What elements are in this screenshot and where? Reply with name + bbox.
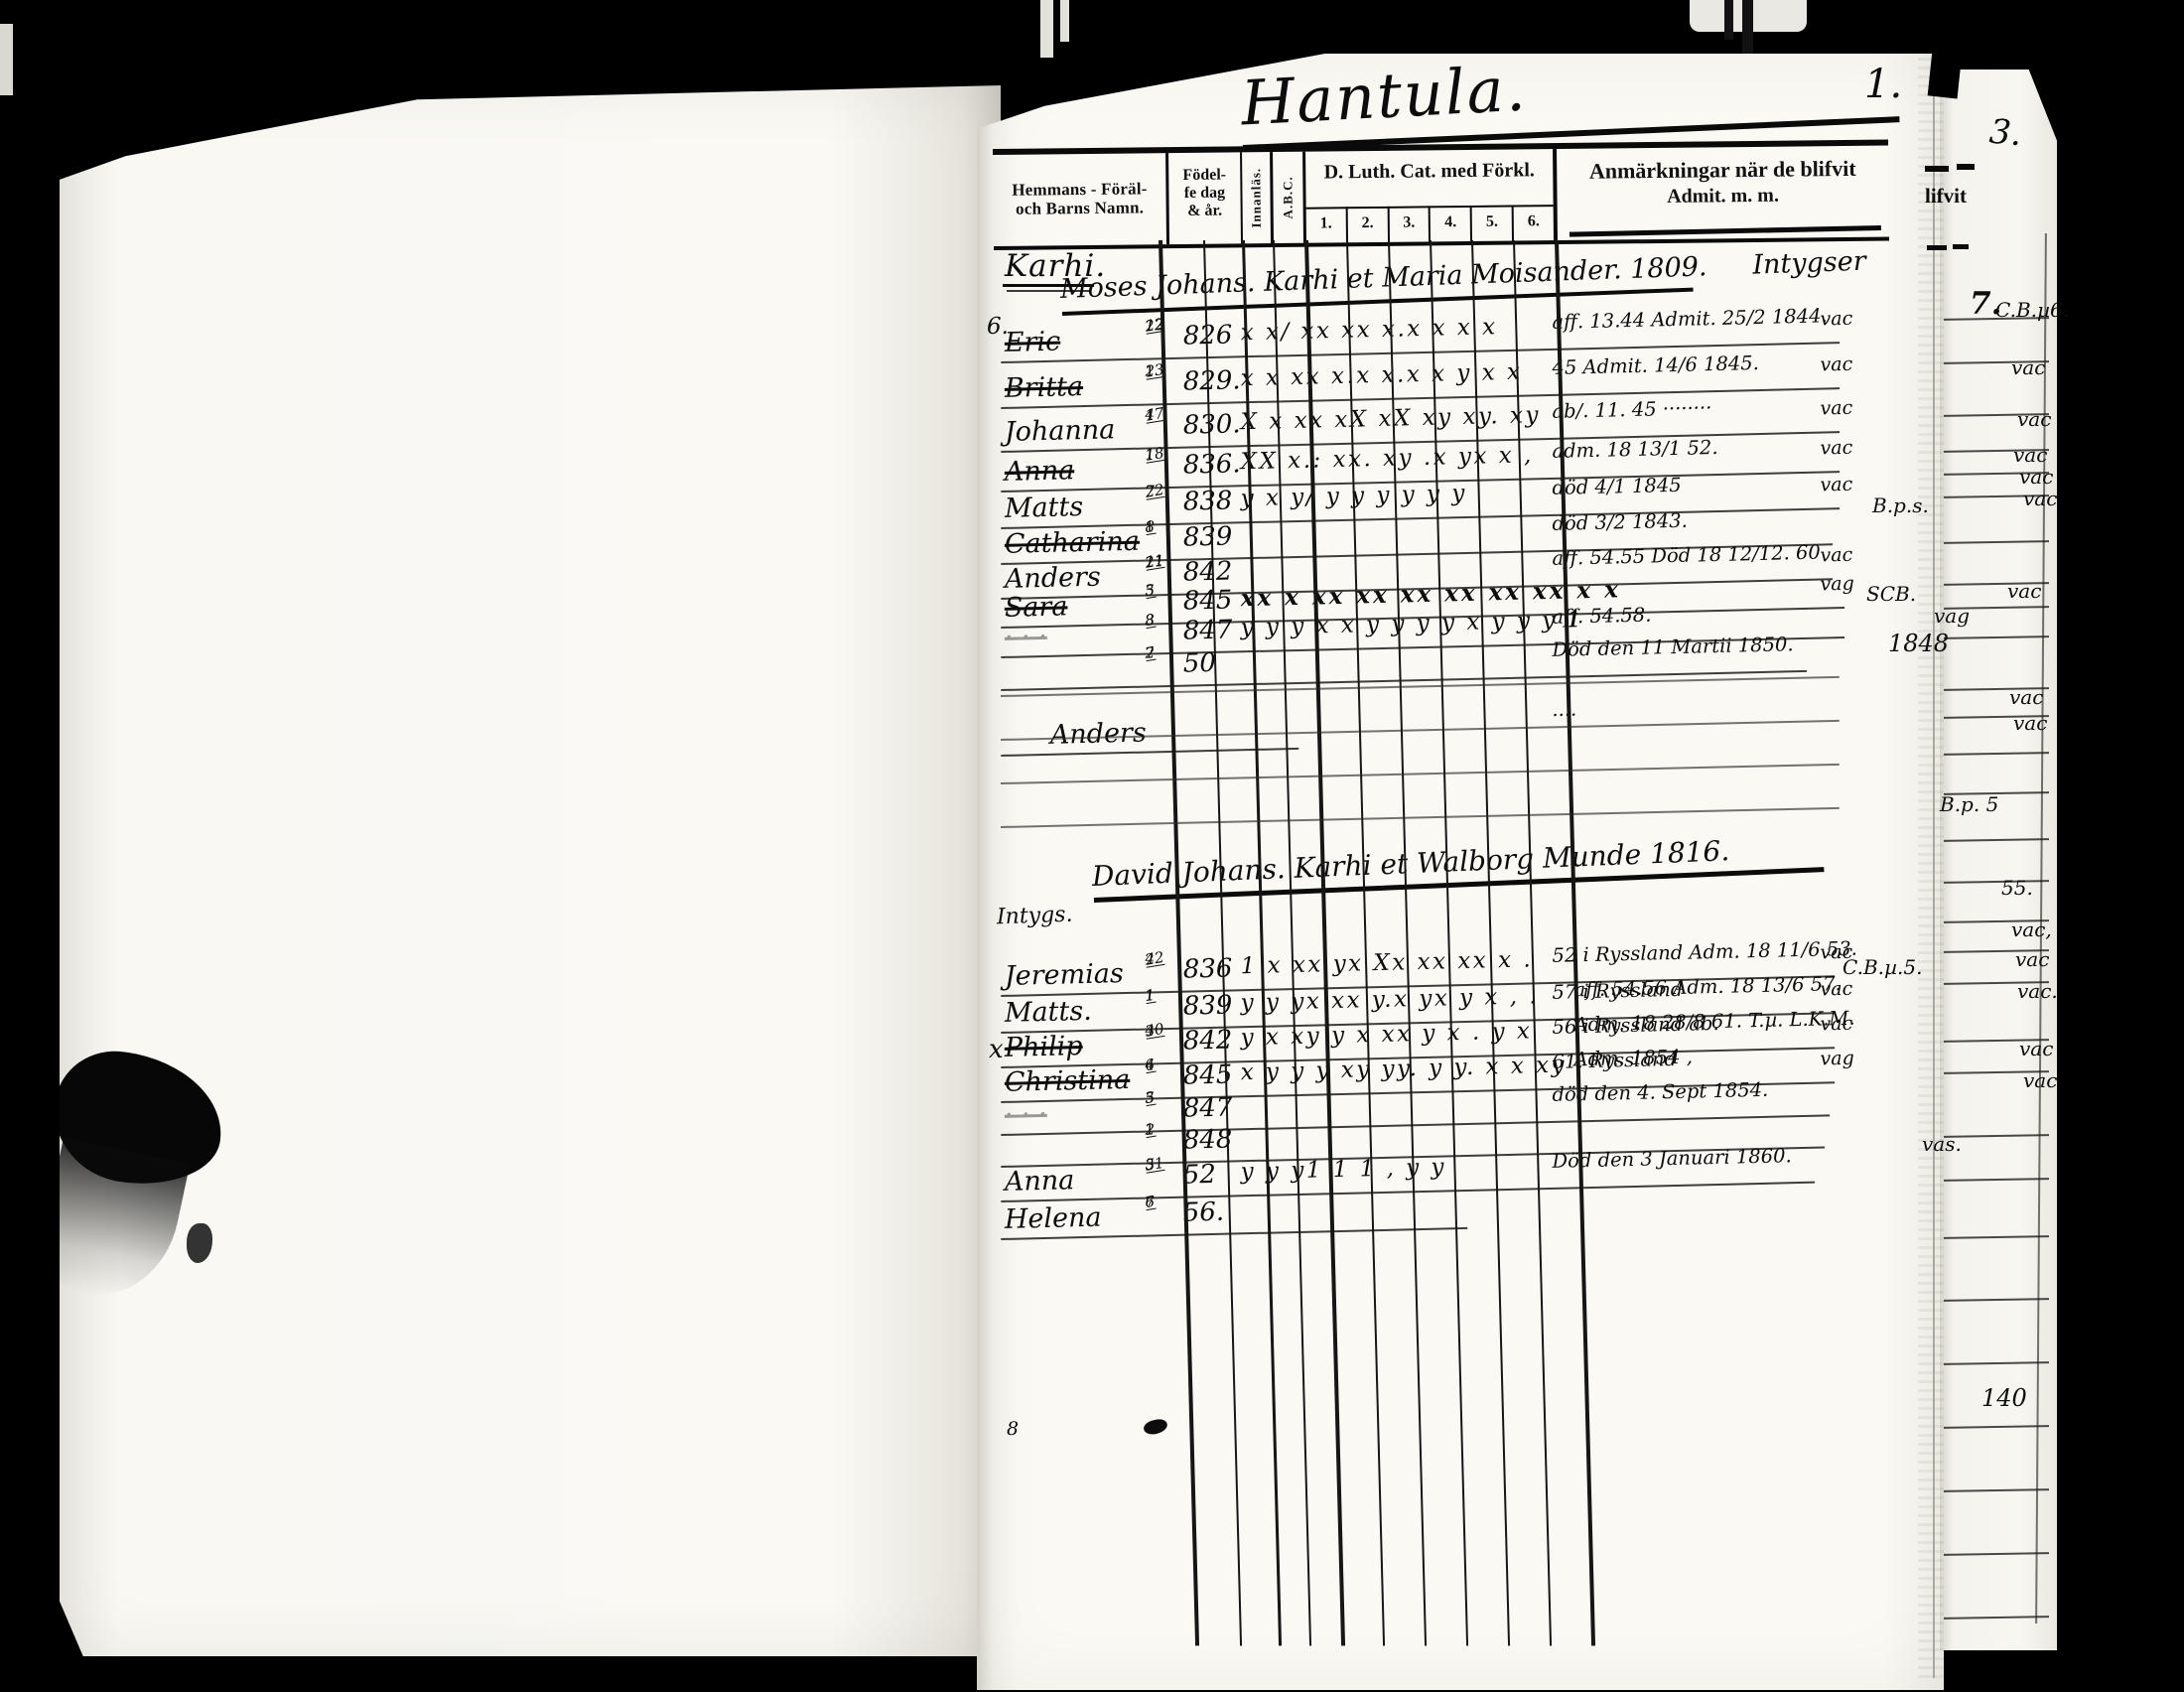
page-edge-sliver: [0, 24, 13, 95]
margin-annotation: vac.: [2017, 979, 2058, 1003]
row-rule: [1001, 807, 1840, 828]
attendance-marks: x x/ xx xx x.x x x x: [1240, 312, 1574, 346]
left-blank-page: [60, 85, 1001, 1656]
header-dash: [1927, 245, 1947, 250]
col-abc-header: A.B.C.: [1270, 152, 1303, 243]
attendance-marks: [1240, 705, 1573, 713]
person-name: Matts.: [1005, 996, 1093, 1029]
remark-note: ab/. 11. 45 ········: [1552, 399, 1583, 440]
remark-note: 45 Admit. 14/6 1845.: [1552, 355, 1583, 396]
header-dash: [1953, 244, 1969, 249]
vaccination-note: vac: [1820, 978, 1852, 1001]
vaccination-note: vag: [1820, 1048, 1854, 1070]
row-rule: [1001, 764, 1840, 784]
person-name: Philip: [1005, 1031, 1083, 1063]
birth-year: 845: [1182, 586, 1232, 617]
record-row: Anders····: [1001, 700, 1905, 763]
gutter-notch: [1928, 51, 1963, 99]
person-name: · · ·: [1005, 1099, 1048, 1131]
col-catechism-header: D. Luth. Cat. med Förkl. 1.2. 3.4. 5.6.: [1302, 149, 1554, 243]
margin-annotation: vas.: [1922, 1132, 1962, 1156]
ink-blot: [187, 1223, 212, 1263]
col-reading-header: Innanläs.: [1240, 152, 1271, 243]
margin-annotation: vac: [2019, 465, 2053, 489]
family2-intro: Intygs.: [997, 903, 1073, 930]
margin-annotation: C.B.µ6.: [1995, 298, 2069, 322]
col-names-header: Hemmans - Föräl-och Barns Namn.: [993, 153, 1166, 246]
person-name: Anders: [1005, 562, 1102, 595]
person-name: Britta: [1005, 371, 1084, 404]
birth-year: 52: [1182, 1160, 1216, 1191]
margin-annotation: 140: [1981, 1384, 2027, 1412]
birth-year: 50: [1182, 648, 1216, 679]
margin-annotation: vac: [2013, 443, 2047, 467]
page-title: Hantula.: [1239, 53, 1529, 140]
vaccination-note: vac: [1820, 353, 1852, 376]
register-page: Hantula. 1. Hemmans - Föräl-och Barns Na…: [977, 54, 1944, 1690]
person-name: Eric: [1005, 327, 1061, 358]
person-name: Helena: [1005, 1202, 1102, 1235]
margin-annotation: vag: [1934, 604, 1970, 628]
birth-year: 839: [1182, 522, 1232, 553]
gutter-fold: [1918, 58, 1944, 1678]
person-name: Jeremias: [1005, 958, 1125, 992]
person-name: Anna: [1005, 455, 1075, 488]
vaccination-note: vac: [1820, 474, 1852, 496]
attendance-marks: x x xx x.x x.x x y x x: [1240, 357, 1574, 391]
ribbon-mark: [1742, 0, 1753, 54]
margin-annotation: vac,: [2011, 917, 2052, 941]
margin-annotation: 55.: [2001, 876, 2033, 900]
margin-annotation: vac: [2019, 1037, 2053, 1060]
header-dash: [1957, 164, 1975, 170]
margin-annotation: 1848: [1888, 630, 1949, 657]
gutter-fold-line: [1933, 62, 1935, 1678]
person-name: Sara: [1005, 591, 1068, 623]
birth-year: 836: [1182, 954, 1232, 985]
vaccination-note: vac: [1820, 308, 1852, 331]
next-page-header-fragment: lifvit: [1925, 184, 1967, 209]
margin-annotation: vac: [2017, 407, 2051, 431]
birth-year: 836.: [1182, 449, 1241, 480]
thumb-silhouette: [46, 1044, 230, 1195]
next-page-number: 3.: [1987, 112, 2023, 155]
margin-annotation: B.p. 5: [1940, 792, 1998, 816]
birth-day-month: 224: [1145, 951, 1180, 952]
margin-annotation: SCB.: [1866, 582, 1916, 606]
stray-mark: 8: [1007, 1418, 1019, 1440]
person-name: Catharina: [1005, 526, 1141, 560]
margin-annotation: B.p.s.: [1872, 493, 1929, 517]
scanned-register-spread: Hantula. 1. Hemmans - Föräl-och Barns Na…: [0, 0, 2184, 1692]
person-name: Christina: [1005, 1064, 1131, 1098]
margin-annotation: vac: [2015, 947, 2049, 971]
catechism-subcolumns: 1.2. 3.4. 5.6.: [1306, 205, 1554, 243]
birth-year: 847: [1182, 616, 1232, 646]
margin-annotation: vac: [2009, 685, 2043, 709]
birth-year: 56.: [1182, 1198, 1224, 1228]
vaccination-note: vac: [1820, 437, 1852, 460]
ribbon-mark: [1724, 0, 1733, 40]
birth-year: 848: [1182, 1125, 1232, 1156]
birth-year: 829.: [1182, 365, 1241, 396]
margin-annotation: C.B.µ.5.: [1843, 955, 1922, 979]
vaccination-note: vac: [1820, 397, 1852, 420]
margin-annotation: vac: [2013, 711, 2047, 735]
person-name: Matts: [1005, 492, 1084, 524]
margin-annotation: vac: [2011, 355, 2045, 379]
ink-blob: [1143, 1418, 1168, 1437]
person-name: Anna: [1005, 1165, 1075, 1198]
person-name: Anders: [1049, 718, 1147, 751]
margin-annotation: vac: [2007, 579, 2041, 603]
header-dash: [1925, 166, 1949, 172]
person-name: Johanna: [1005, 414, 1116, 448]
bookmark-ribbon: [1040, 0, 1053, 58]
birth-year: 842: [1182, 557, 1232, 588]
birth-year: 830.: [1182, 409, 1241, 440]
vaccination-note: vac: [1820, 1013, 1852, 1036]
person-name: · · ·: [1005, 622, 1048, 653]
margin-annotation: vac: [2023, 1068, 2057, 1092]
col-remarks-header: Anmärkningar när de blifvit Admit. m. m.: [1553, 146, 1889, 241]
col-birthdate-header: Födel-fe dag& år.: [1165, 152, 1241, 244]
page-number: 1.: [1864, 62, 1902, 107]
table-header: Hemmans - Föräl-och Barns Namn. Födel-fe…: [993, 140, 1889, 250]
margin-annotation: vac: [2023, 487, 2057, 510]
vaccination-note: vac: [1820, 544, 1852, 567]
birth-day-month: [1145, 711, 1180, 712]
bookmark-ribbon: [1060, 0, 1069, 42]
birth-year: 838: [1182, 487, 1232, 517]
vaccination-note: vag: [1820, 573, 1854, 596]
